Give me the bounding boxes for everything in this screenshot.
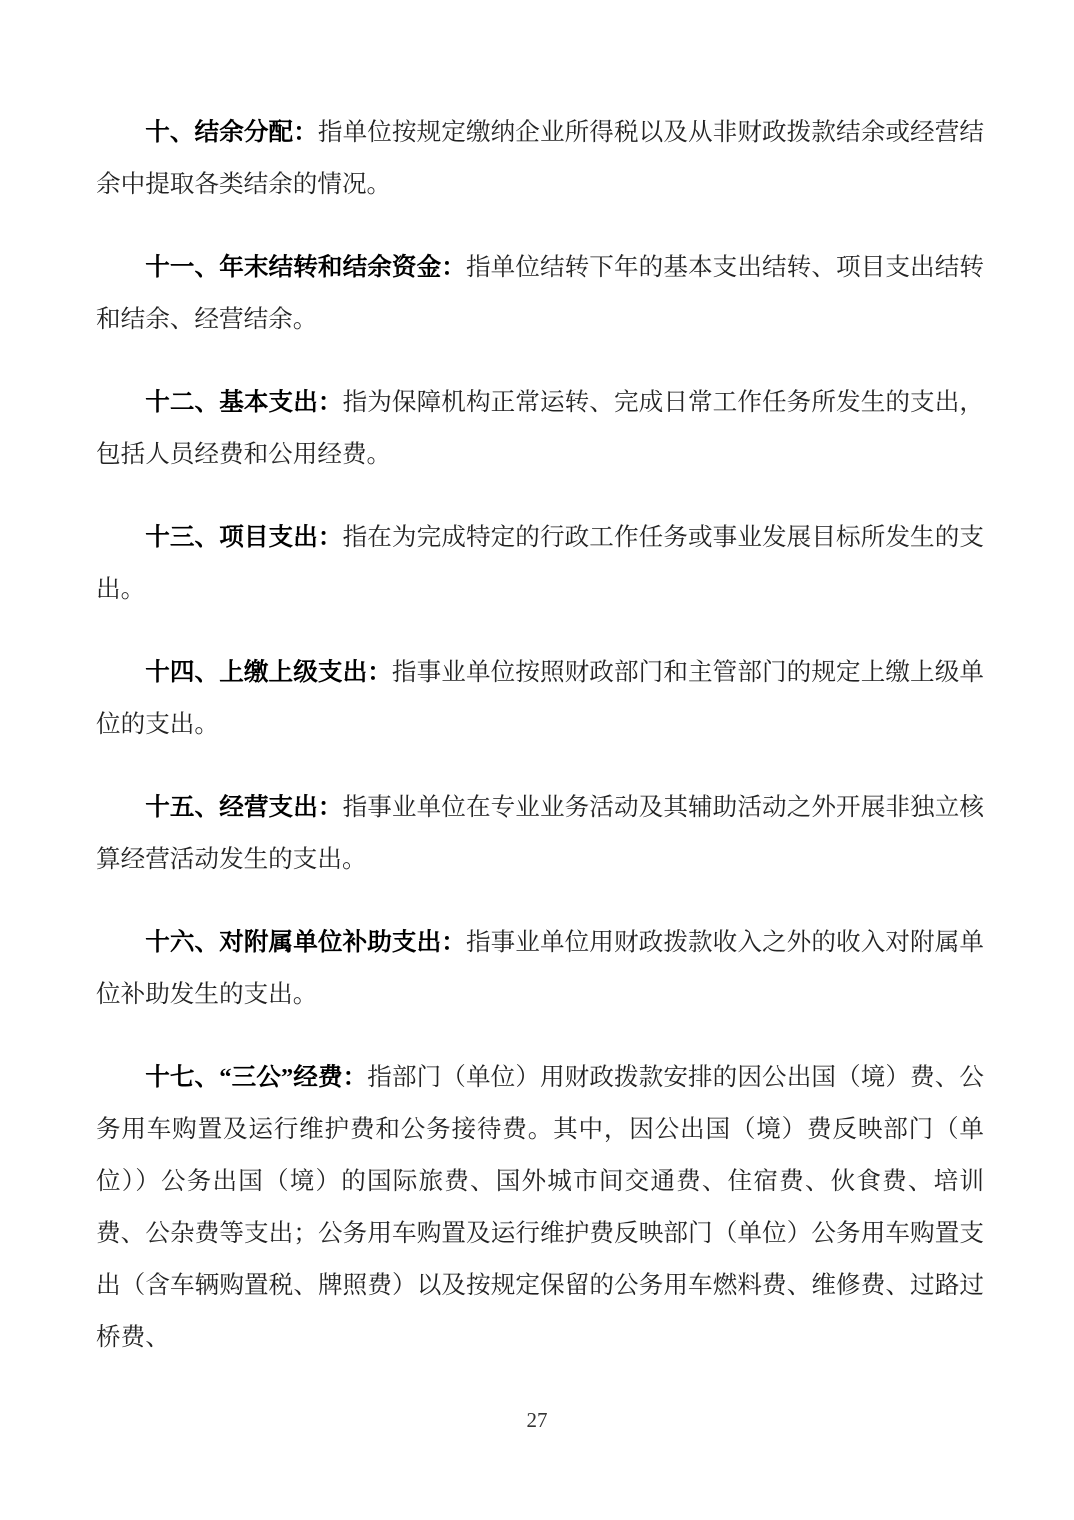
term-definition: 指部门（单位）用财政拨款安排的因公出国（境）费、公务用车购置及运行维护费和公务接… [96,1064,984,1351]
glossary-paragraph: 十七、“三公”经费：指部门（单位）用财政拨款安排的因公出国（境）费、公务用车购置… [96,1052,984,1364]
term-heading: 十一、年末结转和结余资金： [145,254,466,281]
page-number: 27 [0,1408,1074,1433]
term-heading: 十四、上缴上级支出： [145,659,392,686]
document-body: 十、结余分配：指单位按规定缴纳企业所得税以及从非财政拨款结余或经营结余中提取各类… [96,107,984,1364]
term-heading: 十七、“三公”经费： [145,1064,367,1091]
glossary-paragraph: 十五、经营支出：指事业单位在专业业务活动及其辅助活动之外开展非独立核算经营活动发… [96,782,984,886]
term-heading: 十三、项目支出： [145,524,342,551]
term-heading: 十、结余分配： [145,119,318,146]
glossary-paragraph: 十四、上缴上级支出：指事业单位按照财政部门和主管部门的规定上缴上级单位的支出。 [96,647,984,751]
glossary-paragraph: 十、结余分配：指单位按规定缴纳企业所得税以及从非财政拨款结余或经营结余中提取各类… [96,107,984,211]
term-heading: 十六、对附属单位补助支出： [145,929,466,956]
glossary-paragraph: 十一、年末结转和结余资金：指单位结转下年的基本支出结转、项目支出结转和结余、经营… [96,242,984,346]
glossary-paragraph: 十三、项目支出：指在为完成特定的行政工作任务或事业发展目标所发生的支出。 [96,512,984,616]
term-heading: 十五、经营支出： [145,794,342,821]
term-heading: 十二、基本支出： [145,389,342,416]
document-page: 十、结余分配：指单位按规定缴纳企业所得税以及从非财政拨款结余或经营结余中提取各类… [0,0,1074,1520]
glossary-paragraph: 十六、对附属单位补助支出：指事业单位用财政拨款收入之外的收入对附属单位补助发生的… [96,917,984,1021]
glossary-paragraph: 十二、基本支出：指为保障机构正常运转、完成日常工作任务所发生的支出，包括人员经费… [96,377,984,481]
